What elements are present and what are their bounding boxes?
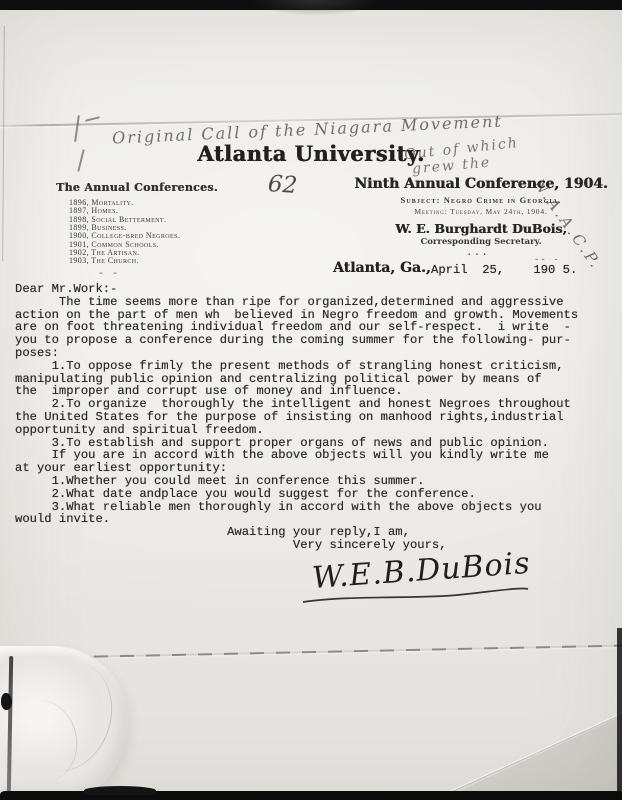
scanner-edge-right (617, 628, 622, 800)
conference-list: 1896, Mortality. 1897, Homes. 1898, Soci… (69, 199, 296, 266)
dateline-date: April 25, 190 5. (431, 263, 577, 277)
scan-smudge (250, 0, 380, 16)
ink-blob (1, 693, 12, 710)
signature-name: W.E.B.DuBois (311, 548, 532, 596)
annual-conferences-title: The Annual Conferences. (56, 181, 296, 194)
letter-line: 1.To oppose frimly the present methods o… (15, 360, 578, 373)
stray-dots: ... (466, 247, 489, 259)
conference-subject: Subject: Negro Crime in Georgia. (352, 195, 610, 205)
secretary-name: W. E. Burghardt DuBois, (352, 221, 610, 236)
pencil-mark (74, 115, 80, 142)
conference-meeting: Meeting: Tuesday, May 24th, 1904. (352, 207, 610, 216)
ninth-conference-column: Ninth Annual Conference, 1904. Subject: … (352, 176, 610, 247)
letter-line: Dear Mr.Work:- (15, 283, 578, 296)
signature-svg: W.E.B.DuBois (295, 548, 535, 612)
letter-line: opportunity and spiritual freedom. (15, 424, 578, 437)
letter-line: 1.Whether you could meet in conference t… (15, 475, 578, 488)
ninth-conference-title: Ninth Annual Conference, 1904. (352, 176, 610, 192)
conference-list-item: 1903, The Church. (69, 257, 296, 265)
stray-dashes: - - (98, 269, 119, 280)
scanner-edge-bump (84, 786, 156, 795)
letter-line: you to propose a conference during the c… (15, 334, 578, 347)
secretary-title: Corresponding Secretary. (352, 237, 610, 247)
letter-line: The time seems more than ripe for organi… (15, 296, 578, 309)
letterhead-university-title: Atlanta University. (0, 141, 622, 166)
letter-body: Dear Mr.Work:- The time seems more than … (15, 283, 578, 552)
annual-conferences-column: The Annual Conferences. 1896, Mortality.… (56, 181, 296, 266)
scanned-letter-page: Original Call of the Niagara Movement Ou… (0, 0, 622, 800)
letter-line: poses: (15, 347, 578, 360)
pencil-mark (85, 116, 100, 122)
letter-line: the United States for the purpose of ins… (15, 411, 578, 424)
letter-line: 2.What date andplace you would suggest f… (15, 488, 578, 501)
dateline-place: Atlanta, Ga., (333, 260, 431, 276)
